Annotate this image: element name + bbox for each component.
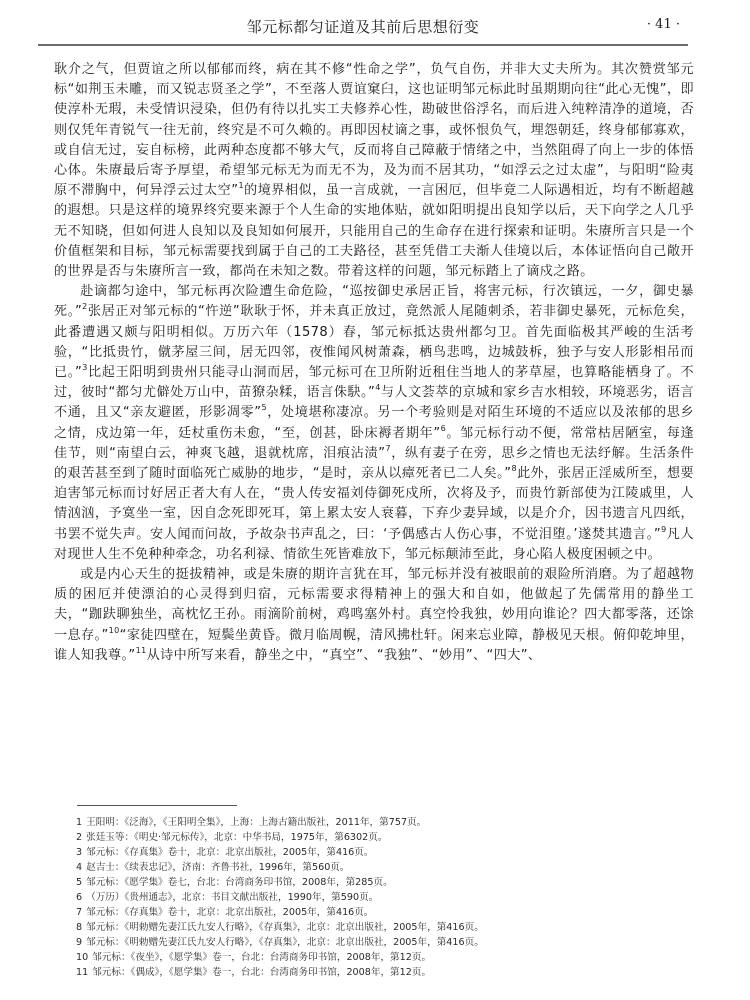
footnote-text: 赵吉士：《续表忠记》，济南：齐鲁书社，1996年，第560页。 (86, 862, 349, 873)
footnote-text: 张廷玉等：《明史·邹元标传》，北京：中华书局，1975年，第6302页。 (86, 832, 387, 843)
footnote-text: 王阳明：《泛海》，《王阳明全集》，上海：上海古籍出版社，2011年，第757页。 (86, 817, 426, 828)
footnote-number: 3 (76, 845, 82, 860)
footnote-number: 2 (76, 830, 82, 845)
header-rule (38, 44, 688, 46)
footnote-item: 7邹元标：《存真集》卷十，北京：北京出版社，2005年，第416页。 (76, 905, 716, 920)
footnotes: 1王阳明：《泛海》，《王阳明全集》，上海：上海古籍出版社，2011年，第757页… (76, 815, 716, 980)
footnote-number: 1 (76, 815, 82, 830)
footnote-item: 5邹元标：《愿学集》卷七，台北：台湾商务印书馆，2008年，第285页。 (76, 875, 716, 890)
footnote-number: 7 (76, 905, 82, 920)
page-header: 邹元标都匀证道及其前后思想衍变 · 41 · (38, 0, 688, 46)
footnote-number: 4 (76, 860, 82, 875)
footnote-reference[interactable]: 11 (136, 646, 147, 655)
footnote-number: 6 (76, 890, 82, 905)
footnote-number: 5 (76, 875, 82, 890)
footnote-item: 1王阳明：《泛海》，《王阳明全集》，上海：上海古籍出版社，2011年，第757页… (76, 815, 716, 830)
footnote-item: 2张廷玉等：《明史·邹元标传》，北京：中华书局，1975年，第6302页。 (76, 830, 716, 845)
footnote-text: （万历）《贵州通志》，北京：书目文献出版社，1990年，第590页。 (86, 892, 378, 903)
footnote-number: 11 (76, 965, 88, 980)
footnote-text: 邹元标：《存真集》卷十，北京：北京出版社，2005年，第416页。 (86, 847, 373, 858)
running-title: 邹元标都匀证道及其前后思想衍变 (38, 16, 688, 37)
footnote-item: 4赵吉士：《续表忠记》，济南：齐鲁书社，1996年，第560页。 (76, 860, 716, 875)
body-text: 耿介之气，但贾谊之所以郁郁而终，病在其不修“性命之学”，负气自伤，并非大丈夫所为… (54, 60, 694, 666)
body-paragraph: 耿介之气，但贾谊之所以郁郁而终，病在其不修“性命之学”，负气自伤，并非大丈夫所为… (54, 60, 694, 282)
text-segment: 耿介之气，但贾谊之所以郁郁而终，病在其不修“性命之学”，负气自伤，并非大丈夫所为… (54, 62, 694, 198)
page-number: · 41 · (647, 17, 680, 32)
footnote-item: 8邹元标：《明勅赠先妻江氏九安人行略》，《存真集》，北京：北京出版社，2005年… (76, 920, 716, 935)
footnote-item: 11邹元标：《偶成》，《愿学集》卷一，台北：台湾商务印书馆，2008年，第12页… (76, 965, 716, 980)
footnote-separator (77, 805, 237, 806)
footnote-item: 3邹元标：《存真集》卷十，北京：北京出版社，2005年，第416页。 (76, 845, 716, 860)
footnote-number: 8 (76, 920, 82, 935)
footnote-number: 9 (76, 935, 82, 950)
footnote-text: 邹元标：《愿学集》卷七，台北：台湾商务印书馆，2008年，第285页。 (86, 877, 393, 888)
footnote-number: 10 (76, 950, 88, 965)
footnote-text: 邹元标：《明勅赠先妻江氏九安人行略》，《存真集》，北京：北京出版社，2005年，… (86, 922, 484, 933)
footnote-text: 邹元标：《偶成》，《愿学集》卷一，台北：台湾商务印书馆，2008年，第12页。 (92, 967, 431, 978)
footnote-item: 6（万历）《贵州通志》，北京：书目文献出版社，1990年，第590页。 (76, 890, 716, 905)
footnote-text: 邹元标：《存真集》卷十，北京：北京出版社，2005年，第416页。 (86, 907, 373, 918)
footnote-item: 9邹元标：《明勅赠先妻江氏九安人行略》，《存真集》，北京：北京出版社，2005年… (76, 935, 716, 950)
text-segment: 从诗中所写来看，静坐之中，“真空”、“我独”、“妙用”、“四大”、 (147, 648, 542, 663)
footnote-reference[interactable]: 10 (109, 626, 120, 635)
footnote-text: 邹元标：《明勅赠先妻江氏九安人行略》，《存真集》，北京：北京出版社，2005年，… (86, 937, 484, 948)
body-paragraph: 或是内心天生的挺拔精神，或是朱赓的期许言犹在耳，邹元标并没有被眼前的艰险所消磨。… (54, 565, 694, 666)
footnote-item: 10邹元标：《夜坐》，《愿学集》卷一，台北：台湾商务印书馆，2008年，第12页… (76, 950, 716, 965)
body-paragraph: 赴谪都匀途中，邹元标再次险遭生命危险，“巡按御史承居正旨，将害元标，行次镇远，一… (54, 282, 694, 565)
footnote-text: 邹元标：《夜坐》，《愿学集》卷一，台北：台湾商务印书馆，2008年，第12页。 (92, 952, 431, 963)
